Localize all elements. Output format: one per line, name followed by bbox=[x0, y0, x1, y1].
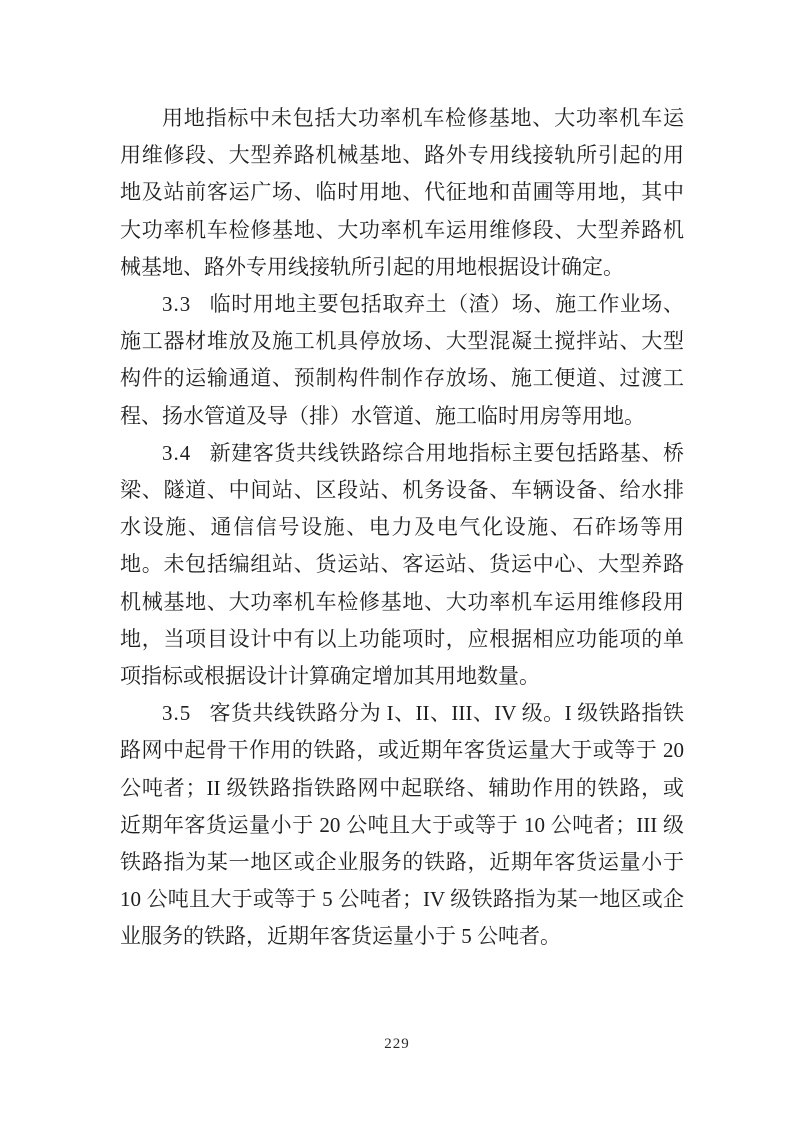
section-number: 3.4 bbox=[162, 441, 191, 465]
paragraph: 用地指标中未包括大功率机车检修基地、大功率机车运用维修段、大型养路机械基地、路外… bbox=[120, 100, 684, 286]
page-number: 229 bbox=[0, 1036, 794, 1053]
paragraph-text: 临时用地主要包括取弃土（渣）场、施工作业场、施工器材堆放及施工机具停放场、大型混… bbox=[120, 292, 684, 428]
section-number: 3.5 bbox=[162, 701, 191, 725]
paragraph-text: 客货共线铁路分为 I、II、III、IV 级。I 级铁路指铁路网中起骨干作用的铁… bbox=[120, 701, 684, 948]
paragraph-text: 新建客货共线铁路综合用地指标主要包括路基、桥梁、隧道、中间站、区段站、机务设备、… bbox=[120, 441, 684, 688]
paragraph-text: 用地指标中未包括大功率机车检修基地、大功率机车运用维修段、大型养路机械基地、路外… bbox=[120, 106, 684, 279]
paragraph: 3.5客货共线铁路分为 I、II、III、IV 级。I 级铁路指铁路网中起骨干作… bbox=[120, 695, 684, 955]
paragraph: 3.4新建客货共线铁路综合用地指标主要包括路基、桥梁、隧道、中间站、区段站、机务… bbox=[120, 435, 684, 695]
section-number: 3.3 bbox=[162, 292, 191, 316]
body-text: 用地指标中未包括大功率机车检修基地、大功率机车运用维修段、大型养路机械基地、路外… bbox=[120, 100, 684, 956]
paragraph: 3.3临时用地主要包括取弃土（渣）场、施工作业场、施工器材堆放及施工机具停放场、… bbox=[120, 286, 684, 435]
document-page: 用地指标中未包括大功率机车检修基地、大功率机车运用维修段、大型养路机械基地、路外… bbox=[0, 0, 794, 1122]
